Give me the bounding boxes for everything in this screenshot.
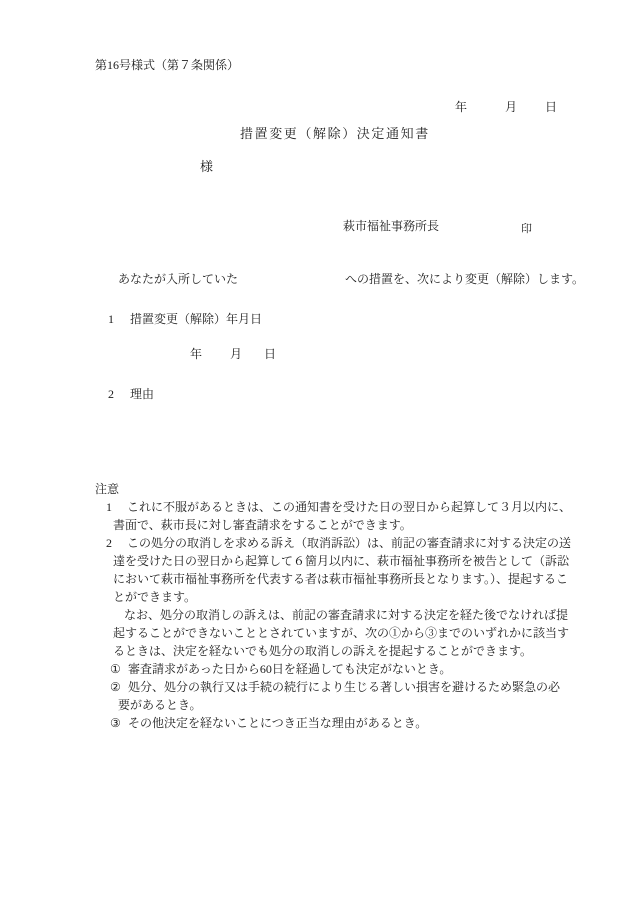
notice-line-text: 達を受けた日の翌日から起算して６箇月以内に、萩市福祉事務所を被告として（訴訟 — [113, 554, 569, 568]
notice-line: 起することができないこととされていますが、次の①から③までのいずれかに該当す — [113, 624, 581, 642]
notice-line-text: るときは、決定を経ないでも処分の取消しの訴えを提起することができます。 — [113, 644, 532, 658]
notice-line: ③その他決定を経ないことにつき正当な理由があるとき。 — [110, 714, 581, 732]
item1-date-placeholder: 年月日 — [190, 347, 276, 362]
notice-line: 2この処分の取消しを求める訴え（取消訴訟）は、前記の審査請求に対する決定の送 — [106, 534, 581, 552]
notice-line: ①審査請求があった日から60日を経過しても決定がないとき。 — [110, 660, 581, 678]
notice-line-text: その他決定を経ないことにつき正当な理由があるとき。 — [128, 716, 427, 730]
notice-line: るときは、決定を経ないでも処分の取消しの訴えを提起することができます。 — [113, 642, 581, 660]
notice-line: とができます。 — [113, 588, 581, 606]
notice-line-text: これに不服があるときは、この通知書を受けた日の翌日から起算して３月以内に、 — [127, 500, 571, 514]
issue-date-month-label: 月 — [505, 100, 517, 115]
sender-title: 萩市福祉事務所長 — [343, 219, 439, 234]
notice-line-number: ③ — [110, 714, 128, 732]
addressee-honorific: 様 — [200, 156, 213, 175]
body-sentence-left: あなたが入所していた — [118, 272, 238, 287]
notice-line: なお、処分の取消しの訴えは、前記の審査請求に対する決定を経た後でなければ提 — [124, 606, 581, 624]
notice-line-text: 書面で、萩市長に対し審査請求をすることができます。 — [113, 518, 412, 532]
notice-line: 1これに不服があるときは、この通知書を受けた日の翌日から起算して３月以内に、 — [106, 498, 581, 516]
form-number: 第16号様式（第７条関係） — [95, 58, 239, 73]
notice-title: 注意 — [95, 480, 581, 498]
document-title: 措置変更（解除）決定通知書 — [240, 126, 430, 142]
item2-label: 理由 — [130, 387, 154, 402]
item1-date-year-label: 年 — [190, 347, 202, 361]
notice-line: 達を受けた日の翌日から起算して６箇月以内に、萩市福祉事務所を被告として（訴訟 — [113, 552, 581, 570]
item1-label: 措置変更（解除）年月日 — [130, 312, 262, 327]
item1-number: 1 — [108, 312, 114, 327]
seal-mark: 印 — [521, 220, 532, 236]
notice-line-text: この処分の取消しを求める訴え（取消訴訟）は、前記の審査請求に対する決定の送 — [127, 536, 571, 550]
notice-line-text: 処分、処分の執行又は手続の続行により生じる著しい損害を避けるため緊急の必 — [128, 680, 560, 694]
issue-date-line: 年月日 — [455, 100, 557, 115]
notice-line-number: 1 — [106, 498, 127, 516]
notice-line-text: 審査請求があった日から60日を経過しても決定がないとき。 — [128, 662, 451, 676]
notice-line-text: 起することができないこととされていますが、次の①から③までのいずれかに該当す — [113, 626, 569, 640]
notice-line-number: ① — [110, 660, 128, 678]
item1-date-day-label: 日 — [264, 347, 276, 361]
notice-line: 書面で、萩市長に対し審査請求をすることができます。 — [113, 516, 581, 534]
notice-line: 要があるとき。 — [118, 696, 581, 714]
notice-line-text: とができます。 — [113, 590, 196, 604]
notice-line-number: 2 — [106, 534, 127, 552]
notice-line-number: ② — [110, 678, 128, 696]
issue-date-day-label: 日 — [545, 100, 557, 115]
notice-line: ②処分、処分の執行又は手続の続行により生じる著しい損害を避けるため緊急の必 — [110, 678, 581, 696]
notice-section: 注意 1これに不服があるときは、この通知書を受けた日の翌日から起算して３月以内に… — [95, 480, 581, 732]
item1-date-month-label: 月 — [230, 347, 242, 361]
item2-number: 2 — [108, 387, 114, 402]
body-sentence-right: への措置を、次により変更（解除）します。 — [345, 272, 584, 287]
notice-line: において萩市福祉事務所を代表する者は萩市福祉事務所長となります。）、提起するこ — [113, 570, 581, 588]
notice-line-text: なお、処分の取消しの訴えは、前記の審査請求に対する決定を経た後でなければ提 — [124, 608, 568, 622]
notice-line-text: において萩市福祉事務所を代表する者は萩市福祉事務所長となります。）、提起するこ — [113, 572, 568, 586]
issue-date-year-label: 年 — [455, 100, 467, 115]
document-page: 第16号様式（第７条関係） 年月日 措置変更（解除）決定通知書 様 萩市福祉事務… — [0, 0, 630, 903]
notice-line-text: 要があるとき。 — [118, 698, 202, 712]
